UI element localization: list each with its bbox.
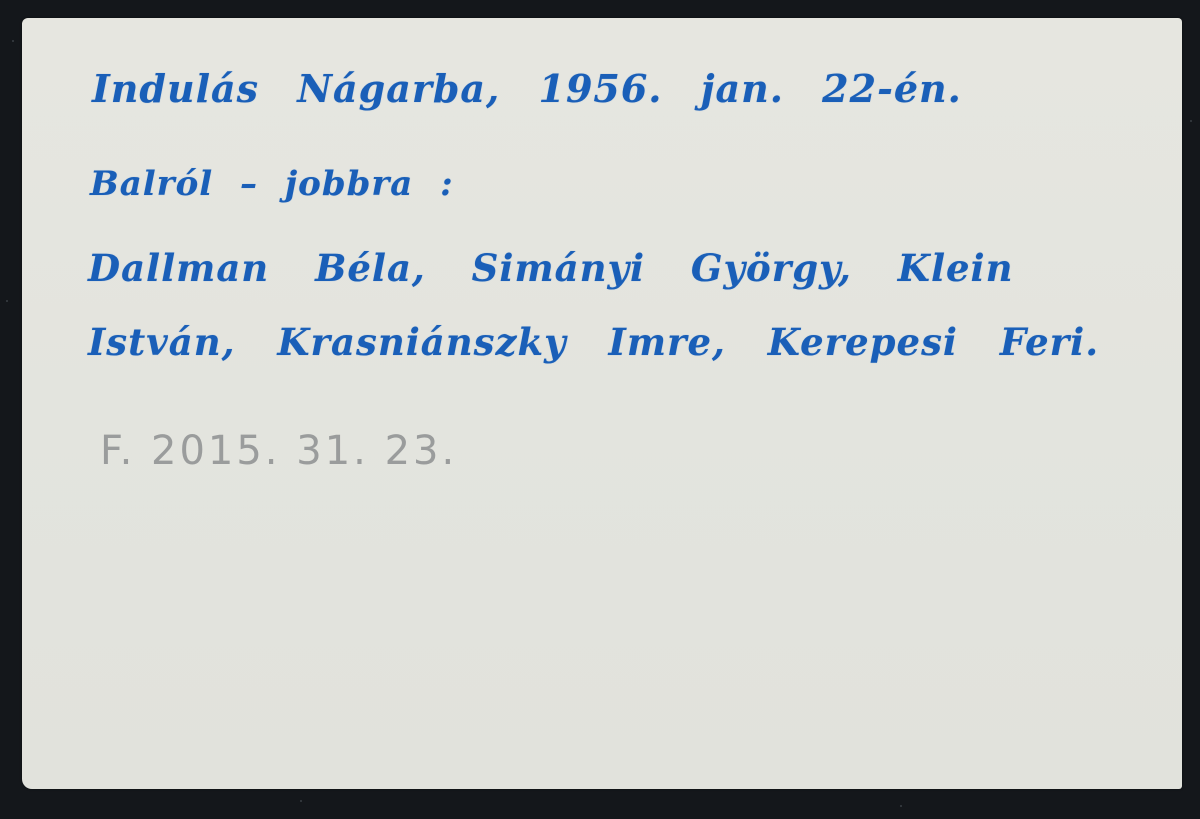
dust-speck: [1190, 120, 1192, 122]
inventory-number: F. 2015. 31. 23.: [100, 428, 457, 474]
dust-speck: [900, 805, 902, 807]
caption-line-names-2: István, Krasniánszky Imre, Kerepesi Feri…: [88, 320, 1099, 364]
dust-speck: [300, 800, 302, 802]
dust-speck: [6, 300, 8, 302]
caption-line-title: Indulás Nágarba, 1956. jan. 22-én.: [92, 66, 962, 111]
dust-speck: [12, 40, 14, 42]
caption-line-direction: Balról – jobbra :: [90, 164, 454, 204]
photo-card-back: Indulás Nágarba, 1956. jan. 22-én. Balró…: [22, 18, 1182, 789]
caption-line-names-1: Dallman Béla, Simányi György, Klein: [88, 246, 1014, 290]
